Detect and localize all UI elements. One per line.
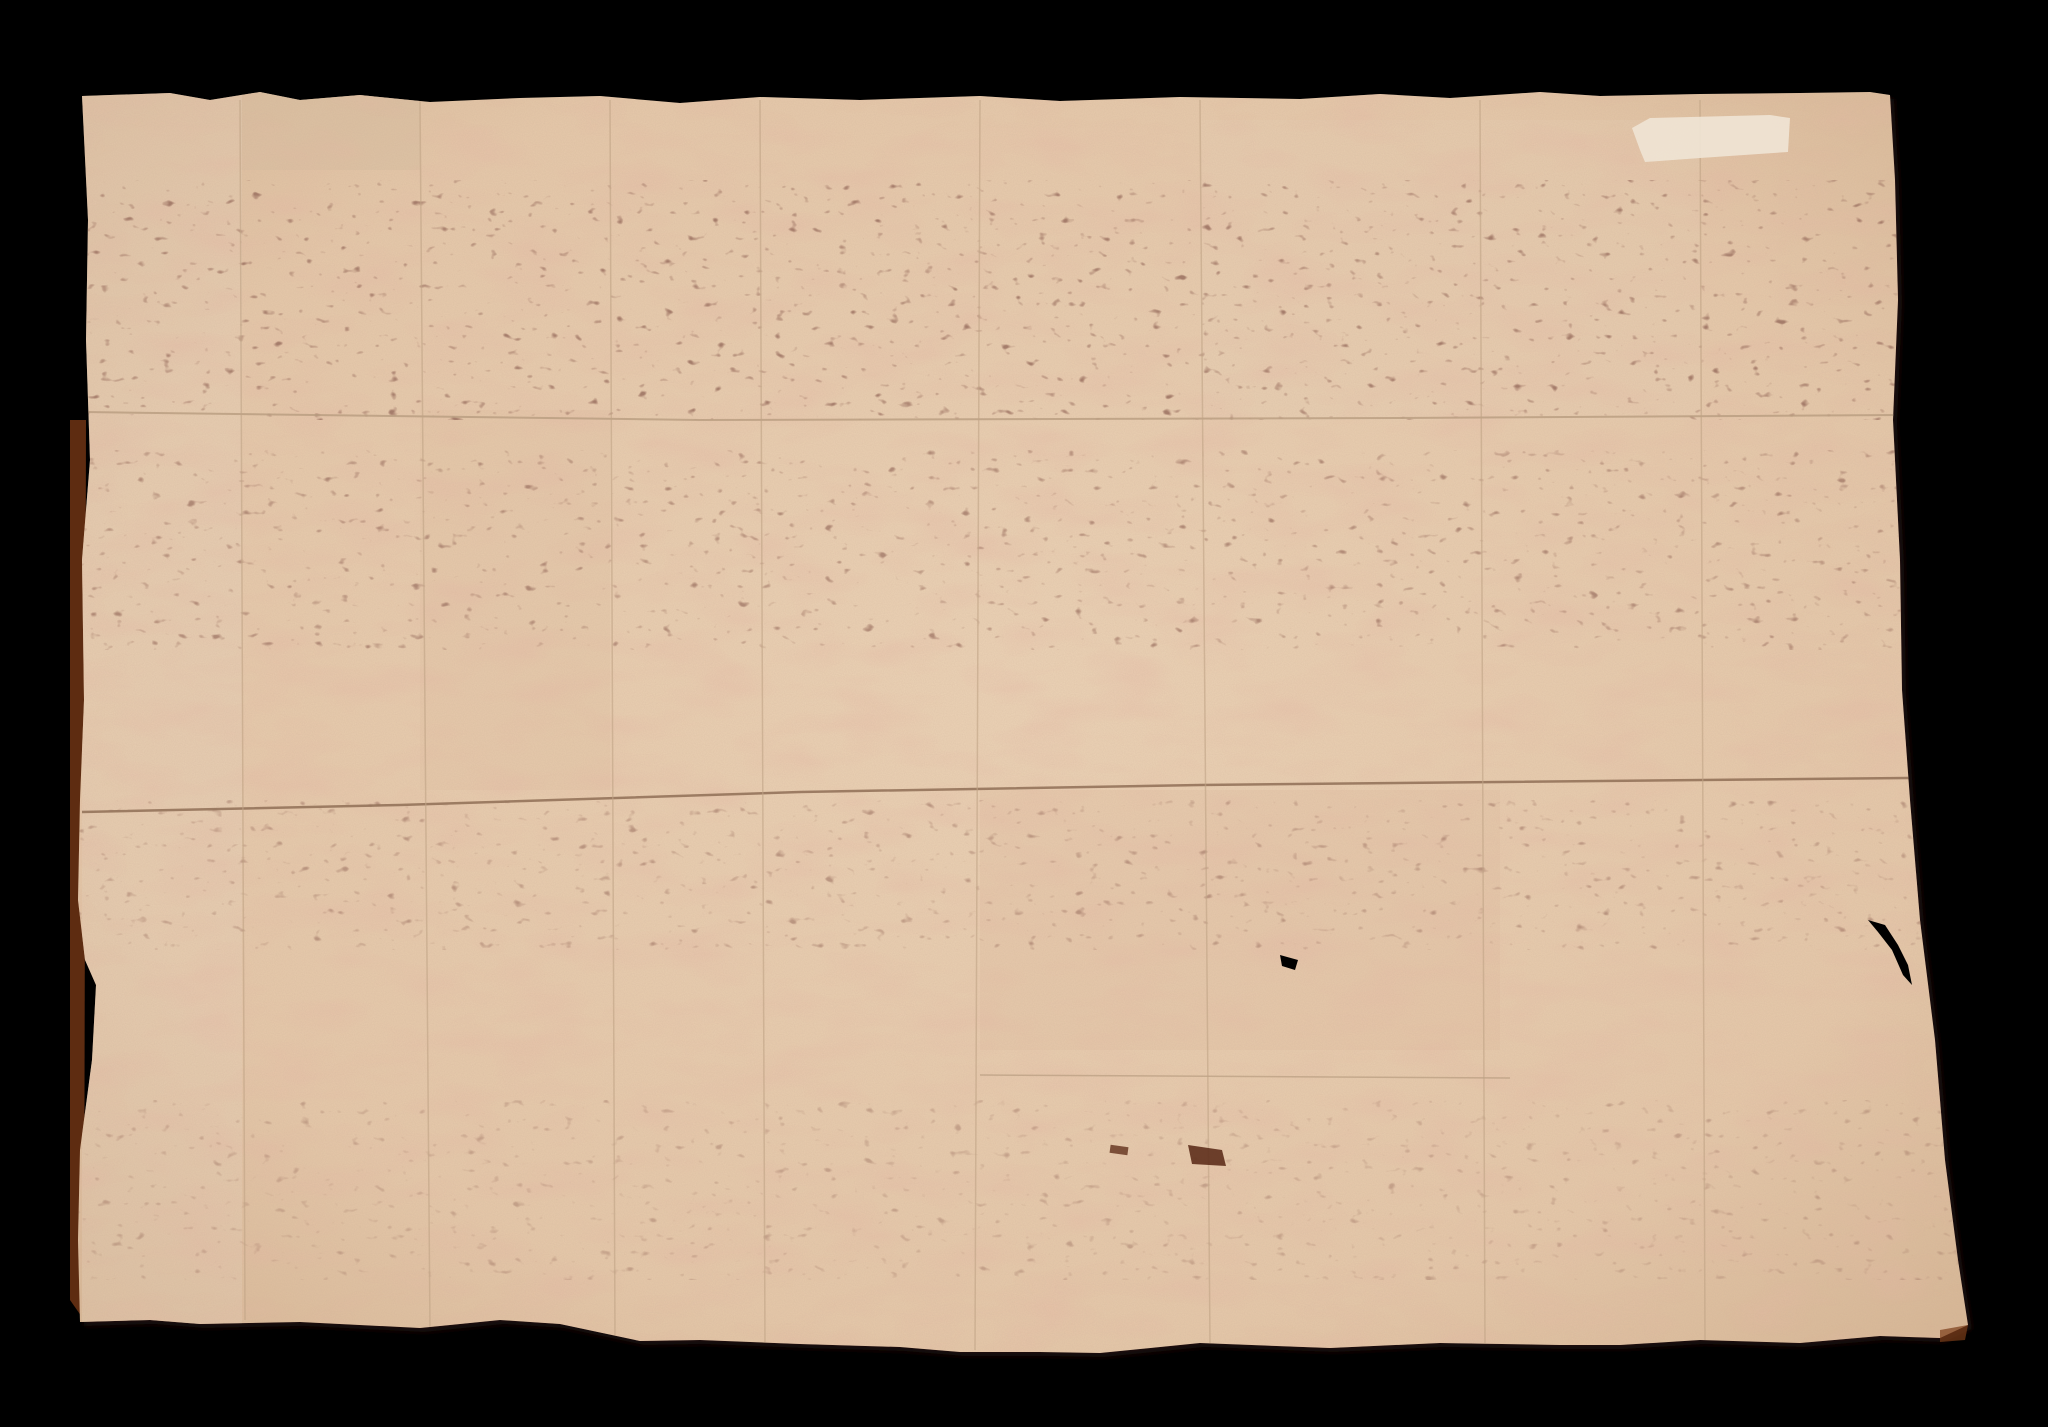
cloth-surface — [0, 0, 2048, 1427]
barkcloth-artifact — [0, 0, 2048, 1427]
photo-stage: Aged decorated barkcloth (tapa) textile … — [0, 0, 2048, 1427]
